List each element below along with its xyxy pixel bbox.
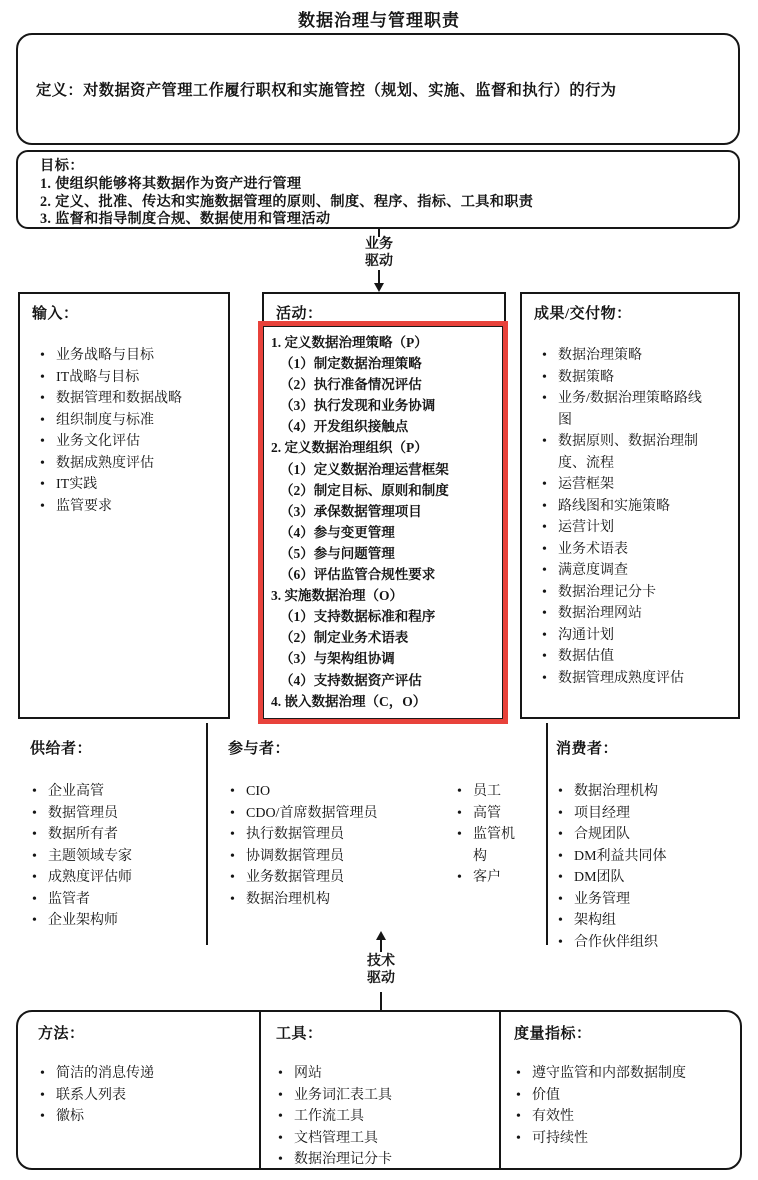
activity-item: 4. 嵌入数据治理（C，O） xyxy=(271,691,500,712)
list-item: 文档管理工具 xyxy=(276,1128,476,1150)
goals-box: 目标： 1. 使组织能够将其数据作为资产进行管理2. 定义、批准、传达和实施数据… xyxy=(16,150,740,229)
list-item: 监管者 xyxy=(30,889,186,911)
list-item: 企业架构师 xyxy=(30,910,186,932)
tech-driver-line1: 技术 xyxy=(341,953,421,970)
activities-list: 1. 定义数据治理策略（P）（1）制定数据治理策略（2）执行准备情况评估（3）执… xyxy=(263,326,503,719)
list-item: 数据管理和数据战略 xyxy=(38,388,206,410)
list-item: 数据估值 xyxy=(540,646,714,668)
list-item: 数据治理记分卡 xyxy=(276,1149,476,1171)
list-item: 遵守监管和内部数据制度 xyxy=(514,1063,722,1085)
activity-item: （2）制定业务术语表 xyxy=(271,627,500,648)
list-item: DM团队 xyxy=(556,867,724,889)
list-item: 业务词汇表工具 xyxy=(276,1085,476,1107)
activity-item: （3）执行发现和业务协调 xyxy=(271,395,500,416)
list-item: 网站 xyxy=(276,1063,476,1085)
metrics-label: 度量指标： xyxy=(514,1022,738,1043)
deliverables-label: 成果/交付物： xyxy=(534,302,738,323)
activity-item: （1）定义数据治理运营框架 xyxy=(271,459,500,480)
consumers-section: 消费者： 数据治理机构项目经理合规团队DM利益共同体DM团队业务管理架构组合作伙… xyxy=(556,737,740,953)
list-item: IT战略与目标 xyxy=(38,367,206,389)
list-item: 合规团队 xyxy=(556,824,724,846)
divider-suppliers-participants xyxy=(206,723,208,945)
divider-methods-tools xyxy=(259,1012,261,1168)
inputs-label: 输入： xyxy=(32,302,222,323)
list-item: 路线图和实施策略 xyxy=(540,496,714,518)
list-item: 监管机构 xyxy=(455,824,524,867)
list-item: 员工 xyxy=(455,781,524,803)
suppliers-section: 供给者： 企业高管数据管理员数据所有者主题领域专家成熟度评估师监管者企业架构师 xyxy=(30,737,202,932)
activity-item: （3）承保数据管理项目 xyxy=(271,501,500,522)
tech-driver-line-top xyxy=(380,940,382,952)
list-item: 监管要求 xyxy=(38,496,206,518)
list-item: 合作伙伴组织 xyxy=(556,932,724,954)
inputs-box: 输入： 业务战略与目标IT战略与目标数据管理和数据战略组织制度与标准业务文化评估… xyxy=(18,292,230,719)
list-item: 业务管理 xyxy=(556,889,724,911)
list-item: 数据所有者 xyxy=(30,824,186,846)
list-item: 业务文化评估 xyxy=(38,431,206,453)
goals-list: 1. 使组织能够将其数据作为资产进行管理2. 定义、批准、传达和实施数据管理的原… xyxy=(40,176,728,229)
list-item: 数据原则、数据治理制度、流程 xyxy=(540,431,714,474)
list-item: 成熟度评估师 xyxy=(30,867,186,889)
list-item: IT实践 xyxy=(38,474,206,496)
activity-item: 3. 实施数据治理（O） xyxy=(271,585,500,606)
list-item: DM利益共同体 xyxy=(556,846,724,868)
list-item: CDO/首席数据管理员 xyxy=(228,803,439,825)
participants-list-col2: 员工高管监管机构客户 xyxy=(455,781,540,910)
tech-driver-line2: 驱动 xyxy=(341,970,421,987)
list-item: 运营计划 xyxy=(540,517,714,539)
list-item: 业务术语表 xyxy=(540,539,714,561)
list-item: 业务/数据治理策略路线图 xyxy=(540,388,714,431)
tools-label: 工具： xyxy=(276,1022,492,1043)
goal-item: 3. 监督和指导制度合规、数据使用和管理活动 xyxy=(40,211,728,229)
activity-item: （3）与架构组协调 xyxy=(271,648,500,669)
goals-label: 目标： xyxy=(40,158,728,176)
participants-section: 参与者： CIOCDO/首席数据管理员执行数据管理员协调数据管理员业务数据管理员… xyxy=(228,737,540,910)
activity-item: （2）执行准备情况评估 xyxy=(271,374,500,395)
activity-item: （4）开发组织接触点 xyxy=(271,416,500,437)
methods-list: 简洁的消息传递联系人列表徽标 xyxy=(38,1063,252,1128)
list-item: 数据治理记分卡 xyxy=(540,582,714,604)
list-item: 满意度调查 xyxy=(540,560,714,582)
list-item: 有效性 xyxy=(514,1106,722,1128)
list-item: 数据治理网站 xyxy=(540,603,714,625)
deliverables-box: 成果/交付物： 数据治理策略数据策略业务/数据治理策略路线图数据原则、数据治理制… xyxy=(520,292,740,719)
arrow-down-icon xyxy=(374,283,384,292)
list-item: 高管 xyxy=(455,803,524,825)
consumers-list: 数据治理机构项目经理合规团队DM利益共同体DM团队业务管理架构组合作伙伴组织 xyxy=(556,781,740,953)
list-item: 企业高管 xyxy=(30,781,186,803)
page-title: 数据治理与管理职责 xyxy=(0,6,758,31)
list-item: 可持续性 xyxy=(514,1128,722,1150)
suppliers-list: 企业高管数据管理员数据所有者主题领域专家成熟度评估师监管者企业架构师 xyxy=(30,781,202,932)
definition-box: 定义：对数据资产管理工作履行职权和实施管控（规划、实施、监督和执行）的行为 xyxy=(16,33,740,145)
activity-item: （1）制定数据治理策略 xyxy=(271,353,500,374)
list-item: 数据管理成熟度评估 xyxy=(540,668,714,690)
divider-participants-consumers xyxy=(546,723,548,945)
activity-item: （6）评估监管合规性要求 xyxy=(271,564,500,585)
diagram-canvas: 数据治理与管理职责 定义：对数据资产管理工作履行职权和实施管控（规划、实施、监督… xyxy=(0,0,758,1180)
list-item: 项目经理 xyxy=(556,803,724,825)
divider-tools-metrics xyxy=(499,1012,501,1168)
definition-text: 定义：对数据资产管理工作履行职权和实施管控（规划、实施、监督和执行）的行为 xyxy=(36,79,616,100)
activity-item: （4）支持数据资产评估 xyxy=(271,670,500,691)
metrics-list: 遵守监管和内部数据制度价值有效性可持续性 xyxy=(514,1063,738,1149)
consumers-label: 消费者： xyxy=(556,737,740,758)
list-item: 数据治理策略 xyxy=(540,345,714,367)
list-item: 沟通计划 xyxy=(540,625,714,647)
list-item: 数据治理机构 xyxy=(556,781,724,803)
deliverables-list: 数据治理策略数据策略业务/数据治理策略路线图数据原则、数据治理制度、流程运营框架… xyxy=(534,345,738,689)
list-item: 联系人列表 xyxy=(38,1085,236,1107)
list-item: 执行数据管理员 xyxy=(228,824,439,846)
list-item: 数据管理员 xyxy=(30,803,186,825)
list-item: CIO xyxy=(228,781,439,803)
list-item: 运营框架 xyxy=(540,474,714,496)
list-item: 主题领域专家 xyxy=(30,846,186,868)
list-item: 数据策略 xyxy=(540,367,714,389)
tech-driver-line-bottom xyxy=(380,992,382,1010)
goal-item: 2. 定义、批准、传达和实施数据管理的原则、制度、程序、指标、工具和职责 xyxy=(40,194,728,212)
goal-item: 1. 使组织能够将其数据作为资产进行管理 xyxy=(40,176,728,194)
list-item: 架构组 xyxy=(556,910,724,932)
list-item: 业务战略与目标 xyxy=(38,345,206,367)
metrics-section: 度量指标： 遵守监管和内部数据制度价值有效性可持续性 xyxy=(514,1022,738,1149)
inputs-list: 业务战略与目标IT战略与目标数据管理和数据战略组织制度与标准业务文化评估数据成熟… xyxy=(32,345,222,517)
methods-label: 方法： xyxy=(38,1022,252,1043)
list-item: 数据治理机构 xyxy=(228,889,439,911)
list-item: 徽标 xyxy=(38,1106,236,1128)
activities-label: 活动： xyxy=(276,302,498,323)
list-item: 客户 xyxy=(455,867,524,889)
activity-highlight-box: 1. 定义数据治理策略（P）（1）制定数据治理策略（2）执行准备情况评估（3）执… xyxy=(258,321,508,724)
arrow-up-icon xyxy=(376,931,386,940)
list-item: 数据成熟度评估 xyxy=(38,453,206,475)
list-item: 组织制度与标准 xyxy=(38,410,206,432)
list-item: 协调数据管理员 xyxy=(228,846,439,868)
tools-list: 网站业务词汇表工具工作流工具文档管理工具数据治理记分卡 xyxy=(276,1063,492,1171)
bottom-box: 方法： 简洁的消息传递联系人列表徽标 工具： 网站业务词汇表工具工作流工具文档管… xyxy=(16,1010,742,1170)
participants-columns: CIOCDO/首席数据管理员执行数据管理员协调数据管理员业务数据管理员数据治理机… xyxy=(228,758,540,910)
participants-label: 参与者： xyxy=(228,737,540,758)
tools-section: 工具： 网站业务词汇表工具工作流工具文档管理工具数据治理记分卡 xyxy=(276,1022,492,1171)
activity-item: （1）支持数据标准和程序 xyxy=(271,606,500,627)
list-item: 简洁的消息传递 xyxy=(38,1063,236,1085)
activity-item: 2. 定义数据治理组织（P） xyxy=(271,437,500,458)
activity-item: （2）制定目标、原则和制度 xyxy=(271,480,500,501)
list-item: 业务数据管理员 xyxy=(228,867,439,889)
list-item: 工作流工具 xyxy=(276,1106,476,1128)
methods-section: 方法： 简洁的消息传递联系人列表徽标 xyxy=(38,1022,252,1128)
suppliers-label: 供给者： xyxy=(30,737,202,758)
business-driver-line1: 业务 xyxy=(339,236,419,253)
business-driver-line2: 驱动 xyxy=(339,253,419,270)
participants-list-col1: CIOCDO/首席数据管理员执行数据管理员协调数据管理员业务数据管理员数据治理机… xyxy=(228,781,455,910)
list-item: 价值 xyxy=(514,1085,722,1107)
activity-item: 1. 定义数据治理策略（P） xyxy=(271,332,500,353)
business-driver-label: 业务 驱动 xyxy=(339,236,419,270)
activity-item: （5）参与问题管理 xyxy=(271,543,500,564)
tech-driver-label: 技术 驱动 xyxy=(341,953,421,987)
activity-item: （4）参与变更管理 xyxy=(271,522,500,543)
